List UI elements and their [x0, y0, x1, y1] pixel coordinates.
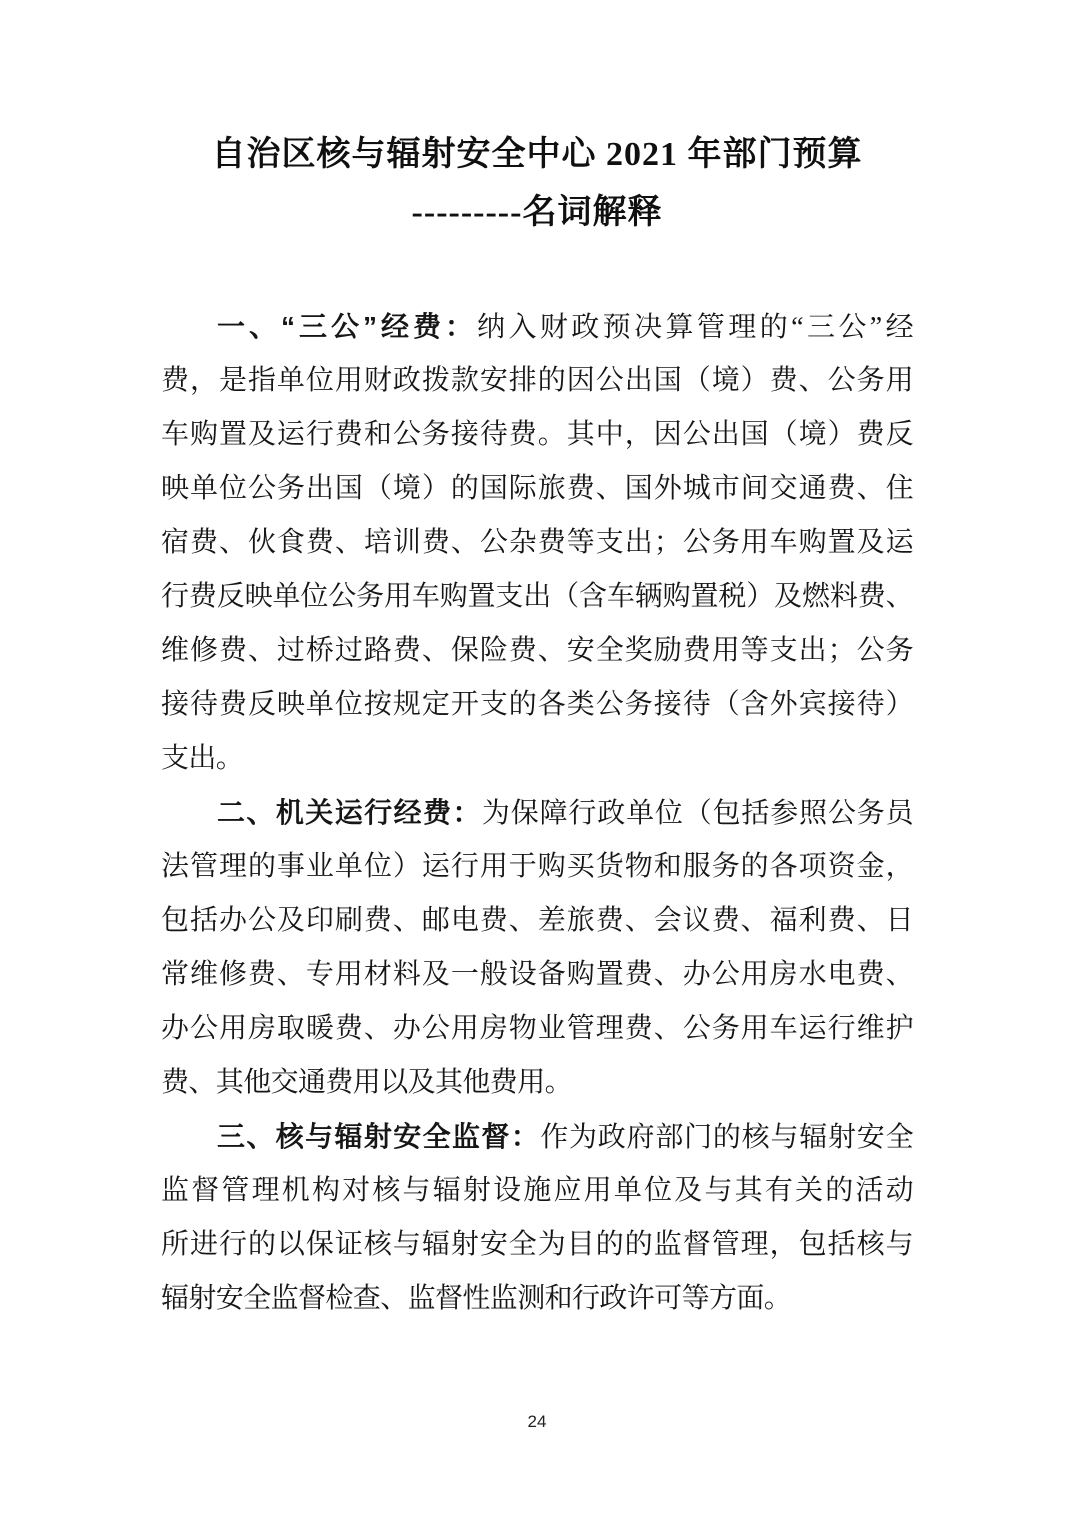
paragraph-nuclear-radiation-safety-supervision: 三、核与辐射安全监督：作为政府部门的核与辐射安全 监督管理机构对核与辐射设施应用… [161, 1110, 913, 1326]
paragraph-agency-operating-funds: 二、机关运行经费：为保障行政单位（包括参照公务员 法管理的事业单位）运行用于购买… [161, 786, 913, 1110]
text-line: 所进行的以保证核与辐射安全为目的的监督管理，包括核与 [161, 1218, 913, 1272]
document-title-line-2: ---------名词解释 [161, 184, 913, 242]
paragraph-sangong-funds: 一、“三公”经费：纳入财政预决算管理的“三公”经 费，是指单位用财政拨款安排的因… [161, 300, 913, 786]
paragraph-lead: 二、机关运行经费： [217, 797, 482, 828]
text-line: 车购置及运行费和公务接待费。其中，因公出国（境）费反 [161, 408, 913, 462]
document-page: 自治区核与辐射安全中心 2021 年部门预算 ---------名词解释 一、“… [0, 0, 1074, 1520]
text-line: 办公用房取暖费、办公用房物业管理费、公务用车运行维护 [161, 1002, 913, 1056]
document-title-line-1: 自治区核与辐射安全中心 2021 年部门预算 [161, 126, 913, 184]
text-line: 二、机关运行经费：为保障行政单位（包括参照公务员 [161, 786, 913, 840]
document-body: 一、“三公”经费：纳入财政预决算管理的“三公”经 费，是指单位用财政拨款安排的因… [161, 300, 913, 1326]
text-line: 映单位公务出国（境）的国际旅费、国外城市间交通费、住 [161, 462, 913, 516]
text-line: 接待费反映单位按规定开支的各类公务接待（含外宾接待） [161, 678, 913, 732]
text-line: 支出。 [161, 732, 913, 786]
text-line: 行费反映单位公务用车购置支出（含车辆购置税）及燃料费、 [161, 570, 913, 624]
text-line: 三、核与辐射安全监督：作为政府部门的核与辐射安全 [161, 1110, 913, 1164]
text-line: 费，是指单位用财政拨款安排的因公出国（境）费、公务用 [161, 354, 913, 408]
text-line: 一、“三公”经费：纳入财政预决算管理的“三公”经 [161, 300, 913, 354]
text-line: 辐射安全监督检查、监督性监测和行政许可等方面。 [161, 1272, 913, 1326]
text-line: 维修费、过桥过路费、保险费、安全奖励费用等支出；公务 [161, 624, 913, 678]
text-line: 法管理的事业单位）运行用于购买货物和服务的各项资金， [161, 840, 913, 894]
text-line: 常维修费、专用材料及一般设备购置费、办公用房水电费、 [161, 948, 913, 1002]
text-line: 费、其他交通费用以及其他费用。 [161, 1056, 913, 1110]
text-line: 宿费、伙食费、培训费、公杂费等支出；公务用车购置及运 [161, 516, 913, 570]
paragraph-lead: 一、“三公”经费： [217, 311, 477, 342]
page-number: 24 [0, 1412, 1074, 1432]
document-header: 自治区核与辐射安全中心 2021 年部门预算 ---------名词解释 [161, 126, 913, 242]
paragraph-lead-rest: 纳入财政预决算管理的“三公”经 [477, 312, 913, 343]
paragraph-lead-rest: 为保障行政单位（包括参照公务员 [482, 798, 913, 829]
text-line: 包括办公及印刷费、邮电费、差旅费、会议费、福利费、日 [161, 894, 913, 948]
paragraph-lead-rest: 作为政府部门的核与辐射安全 [540, 1122, 913, 1153]
paragraph-lead: 三、核与辐射安全监督： [217, 1121, 540, 1152]
text-line: 监督管理机构对核与辐射设施应用单位及与其有关的活动 [161, 1164, 913, 1218]
